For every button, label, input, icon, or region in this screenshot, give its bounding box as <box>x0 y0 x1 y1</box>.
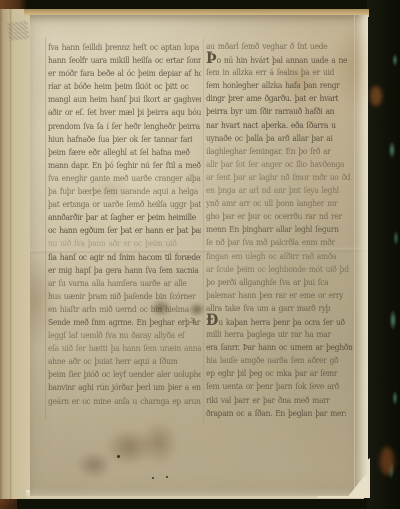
ink-speck <box>152 477 154 479</box>
manuscript-line: ſem uenta or þenr þarn ſok ſeve arð <box>206 379 357 394</box>
manuscript-line: þeirra byr um ſðir rarrauð hafði an <box>206 104 357 119</box>
pencil-smudge <box>7 21 29 42</box>
page-edge-highlight <box>354 15 368 496</box>
manuscript-photo: ſva hann ſeilldi þrennz heſt oc aptan lo… <box>0 0 400 509</box>
ink-speck <box>117 455 120 458</box>
manuscript-line: fingan em ulegh oc aſðirr rað amða <box>206 248 357 263</box>
binding-right-edge <box>367 0 400 509</box>
text-column-left: ſva hann ſeilldi þrennz heſt oc aptan lo… <box>48 40 201 407</box>
manuscript-line: aðir or eſ. ſet hver mæl þi þeirra aqu b… <box>48 105 201 120</box>
manuscript-line: ðrapam oc a ſðan. En þeglan þar mer: <box>206 405 357 418</box>
manuscript-line: nu uið ſva þann aðr er oc þeim uið <box>48 236 201 251</box>
stain <box>140 421 178 465</box>
stain <box>105 428 153 466</box>
ruling-line <box>203 37 204 423</box>
ruling-line <box>45 37 46 419</box>
parchment-page: ſva hann ſeilldi þrennz heſt oc aptan lo… <box>30 15 368 496</box>
rust-patch <box>380 447 394 475</box>
manuscript-line: ſe nð þar ſva mð palcrðla enm mðr <box>206 235 357 250</box>
stacked-page-edges-left <box>0 9 31 499</box>
text-column-right: au mðarl ſemð veghar ð ſnt uedeÞo nú hin… <box>206 39 357 419</box>
manuscript-line: riki val þarr er þar ðna með marr <box>206 392 357 407</box>
rust-patch <box>370 86 382 106</box>
ink-speck <box>166 476 168 478</box>
manuscript-line: banvinr aghi rún jórðar þerl um þier a e… <box>48 380 201 395</box>
manuscript-line: ſia hanſ oc agir nd ſnim hacom til foræd… <box>48 249 201 264</box>
manuscript-line: geárn er oc mine anſa u charnga ep aruna… <box>48 393 201 406</box>
stain <box>76 451 112 479</box>
